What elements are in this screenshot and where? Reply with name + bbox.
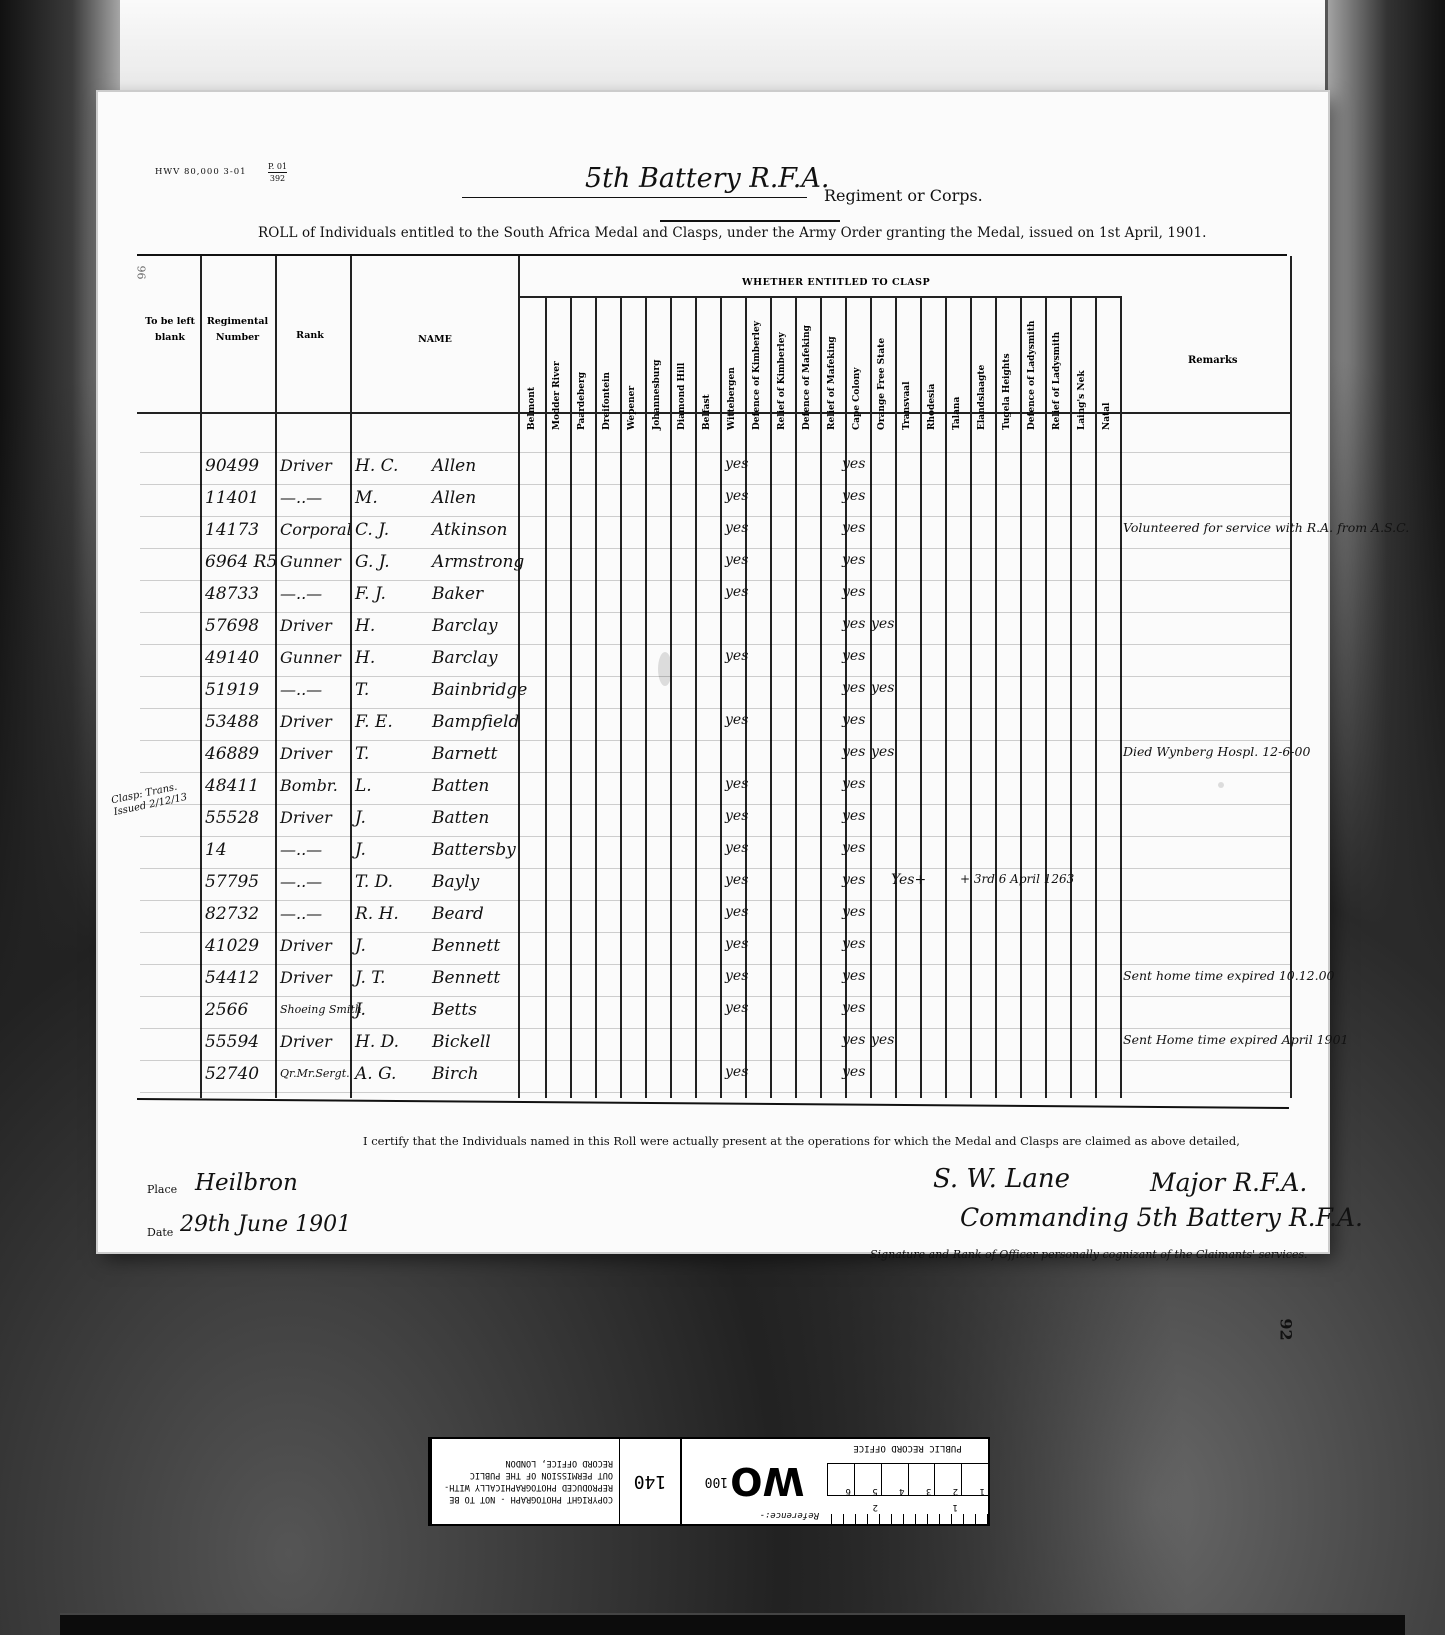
regimental-number: 54412: [205, 968, 259, 988]
clasp-wittebergen-mark: yes: [725, 552, 748, 568]
clasp-wittebergen-mark: yes: [725, 648, 748, 664]
surname: Atkinson: [432, 520, 507, 540]
clasp-orange-free-state-mark: yes: [871, 744, 894, 760]
clasp-wittebergen-mark: yes: [725, 840, 748, 856]
clasp-cape-colony-mark: yes: [842, 808, 865, 824]
initials: H. D.: [355, 1032, 399, 1052]
surname: Armstrong: [432, 552, 524, 572]
clasp-orange-free-state-mark: yes: [871, 616, 894, 632]
clasp-orange-free-state-mark: yes: [871, 1032, 894, 1048]
regimental-number: 53488: [205, 712, 259, 732]
clasp-header: Natal: [1095, 296, 1119, 432]
initials: J.: [355, 1000, 366, 1020]
header-remarks: Remarks: [1188, 355, 1238, 366]
initials: T.: [355, 680, 369, 700]
officer-signature: S. W. Lane: [933, 1164, 1070, 1194]
initials: C. J.: [355, 520, 389, 540]
rank: Driver: [280, 456, 332, 476]
clasp-wittebergen-mark: yes: [725, 584, 748, 600]
initials: F. E.: [355, 712, 393, 732]
surname: Battersby: [432, 840, 516, 860]
surname: Barclay: [432, 616, 497, 636]
clasp-header: Relief of Mafeking: [820, 296, 844, 432]
rank: —..—: [280, 840, 322, 860]
initials: F. J.: [355, 584, 386, 604]
folio-number: 92: [1277, 1318, 1296, 1340]
clasp-wittebergen-mark: yes: [725, 936, 748, 952]
regimental-number: 48733: [205, 584, 259, 604]
clasp-wittebergen-mark: yes: [725, 488, 748, 504]
surname: Barnett: [432, 744, 497, 764]
clasp-header: Defence of Kimberley: [745, 296, 769, 432]
folded-page-flap: [120, 0, 1328, 96]
surname: Batten: [432, 808, 489, 828]
regimental-number: 41029: [205, 936, 259, 956]
surname: Bayly: [432, 872, 479, 892]
rank: Driver: [280, 744, 332, 764]
initials: H.: [355, 616, 375, 636]
unit-handwritten: 5th Battery R.F.A.: [585, 163, 829, 194]
clasp-header: Cape Colony: [845, 296, 869, 432]
rank: Driver: [280, 808, 332, 828]
clasp-cape-colony-mark: yes: [842, 680, 865, 696]
surname: Beard: [432, 904, 484, 924]
rank: Gunner: [280, 648, 341, 668]
initials: G. J.: [355, 552, 390, 572]
clasp-header: Talana: [945, 296, 969, 432]
regimental-number: 48411: [205, 776, 259, 796]
place-value: Heilbron: [195, 1170, 298, 1196]
clasp-cape-colony-mark: yes: [842, 776, 865, 792]
clasp-header: Tugela Heights: [995, 296, 1019, 432]
clasp-cape-colony-mark: yes: [842, 616, 865, 632]
surname: Allen: [432, 456, 476, 476]
clasp-wittebergen-mark: yes: [725, 968, 748, 984]
rank: Driver: [280, 968, 332, 988]
regimental-number: 90499: [205, 456, 259, 476]
clasp-wittebergen-mark: yes: [725, 808, 748, 824]
unit-rule: [660, 220, 840, 222]
header-clasp-group: WHETHER ENTITLED TO CLASP: [742, 277, 930, 288]
initials: A. G.: [355, 1064, 396, 1084]
surname: Bickell: [432, 1032, 491, 1052]
initials: J.: [355, 936, 366, 956]
regimental-number: 14173: [205, 520, 259, 540]
clasp-cape-colony-mark: yes: [842, 904, 865, 920]
clasp-cape-colony-mark: yes: [842, 872, 865, 888]
initials: J.: [355, 840, 366, 860]
regimental-number: 6964 R5: [205, 552, 277, 572]
surname: Birch: [432, 1064, 479, 1084]
remark: Volunteered for service with R.A. from A…: [1123, 520, 1409, 535]
clasp-cape-colony-mark: yes: [842, 552, 865, 568]
surname: Bampfield: [432, 712, 519, 732]
clasp-cape-colony-mark: yes: [842, 456, 865, 472]
rank: Driver: [280, 936, 332, 956]
certification-text: I certify that the Individuals named in …: [363, 1134, 1240, 1148]
surname: Batten: [432, 776, 489, 796]
clasp-cape-colony-mark: yes: [842, 1064, 865, 1080]
clasp-cape-colony-mark: yes: [842, 1000, 865, 1016]
unit-underline: [462, 197, 807, 198]
clasp-wittebergen-mark: yes: [725, 712, 748, 728]
rank: Shoeing Smith: [280, 1000, 362, 1020]
regiment-label: Regiment or Corps.: [824, 186, 983, 205]
regimental-number: 14: [205, 840, 227, 860]
form-code: HWV 80,000 3-01: [155, 167, 247, 177]
clasp-header: Belmont: [520, 296, 544, 432]
initials: T. D.: [355, 872, 393, 892]
initials: J. T.: [355, 968, 386, 988]
clasp-cape-colony-mark: yes: [842, 584, 865, 600]
rank: Driver: [280, 1032, 332, 1052]
clasp-cape-colony-mark: yes: [842, 488, 865, 504]
clasp-cape-colony-mark: yes: [842, 840, 865, 856]
clasp-cape-colony-mark: yes: [842, 712, 865, 728]
regimental-number: 57795: [205, 872, 259, 892]
regimental-number: 51919: [205, 680, 259, 700]
clasp-wittebergen-mark: yes: [725, 904, 748, 920]
copyright-notice: COPYRIGHT PHOTOGRAPH - NOT TO BE REPRODU…: [430, 1439, 619, 1524]
date-label: Date: [147, 1226, 173, 1239]
clasp-header: Modder River: [545, 296, 569, 432]
clasp-header: Relief of Kimberley: [770, 296, 794, 432]
archive-reference-card: COPYRIGHT PHOTOGRAPH - NOT TO BE REPRODU…: [428, 1437, 990, 1526]
initials: T.: [355, 744, 369, 764]
clasp-cape-colony-mark: yes: [842, 936, 865, 952]
remark: Died Wynberg Hospl. 12-6-00: [1123, 744, 1310, 759]
clasp-header: Johannesburg: [645, 296, 669, 432]
regimental-number: 52740: [205, 1064, 259, 1084]
regimental-number: 82732: [205, 904, 259, 924]
clasp-wittebergen-mark: yes: [725, 520, 748, 536]
clasp-wittebergen-mark: yes: [725, 1064, 748, 1080]
clasp-header: Wittebergen: [720, 296, 744, 432]
clasp-header: Rhodesia: [920, 296, 944, 432]
header-rank: Rank: [275, 328, 345, 344]
rank: Qr.Mr.Sergt.: [280, 1064, 350, 1084]
initials: R. H.: [355, 904, 399, 924]
regimental-number: 57698: [205, 616, 259, 636]
clasp-cape-colony-mark: yes: [842, 520, 865, 536]
clasp-header: Dreifontein: [595, 296, 619, 432]
rank: —..—: [280, 904, 322, 924]
remark: Sent Home time expired April 1901: [1123, 1032, 1348, 1047]
regimental-number: 2566: [205, 1000, 248, 1020]
clasp-cape-colony-mark: yes: [842, 1032, 865, 1048]
clasp-header: Laing's Nek: [1070, 296, 1094, 432]
initials: H. C.: [355, 456, 398, 476]
cm-scale: 1 2 3 4 5 6: [827, 1463, 988, 1496]
rank: Bombr.: [280, 776, 338, 796]
rank: Corporal: [280, 520, 352, 540]
officer-command: Commanding 5th Battery R.F.A.: [960, 1203, 1363, 1232]
film-edge: [60, 1613, 1405, 1635]
clasp-header: Belfast: [695, 296, 719, 432]
rank: —..—: [280, 584, 322, 604]
surname: Betts: [432, 1000, 477, 1020]
surname: Bennett: [432, 936, 500, 956]
clasp-annotation: + 3rd 6 April 1263: [960, 872, 1074, 886]
regimental-number: 11401: [205, 488, 259, 508]
surname: Bainbridge: [432, 680, 527, 700]
clasp-header: Orange Free State: [870, 296, 894, 432]
initials: M.: [355, 488, 378, 508]
clasp-header: Paardeberg: [570, 296, 594, 432]
regimental-number: 49140: [205, 648, 259, 668]
table-top-rule: [137, 254, 1287, 256]
margin-mark: 96: [135, 266, 148, 280]
header-name: NAME: [350, 332, 520, 348]
surname: Barclay: [432, 648, 497, 668]
header-regimental-number: Regimental Number: [205, 314, 270, 346]
clasp-cape-colony-mark: yes: [842, 968, 865, 984]
clasp-header: Relief of Ladysmith: [1045, 296, 1069, 432]
clasp-wittebergen-mark: yes: [725, 776, 748, 792]
officer-rank: Major R.F.A.: [1150, 1168, 1307, 1197]
initials: L.: [355, 776, 372, 796]
rank: —..—: [280, 488, 322, 508]
inch-ticks: [827, 1495, 988, 1524]
rank: Gunner: [280, 552, 341, 572]
form-fraction: P. 01 392: [268, 161, 287, 184]
initials: H.: [355, 648, 375, 668]
initials: J.: [355, 808, 366, 828]
date-value: 29th June 1901: [180, 1212, 351, 1237]
clasp-header: Defence of Mafeking: [795, 296, 819, 432]
clasp-orange-free-state-mark: yes: [871, 680, 894, 696]
clasp-cape-colony-mark: yes: [842, 744, 865, 760]
measurement-scale: 1 2 1 2 3 4 5 6 PUBLIC RECORD OFFICE: [827, 1439, 988, 1524]
clasp-header: Elandslaagte: [970, 296, 994, 432]
clasp-header: Defence of Ladysmith: [1020, 296, 1044, 432]
rank: —..—: [280, 872, 322, 892]
clasp-header: Diamond Hill: [670, 296, 694, 432]
clasp-transvaal-mark: Yes+: [891, 872, 926, 888]
header-blank: To be left blank: [140, 314, 200, 346]
clasp-wittebergen-mark: yes: [725, 1000, 748, 1016]
rank: Driver: [280, 616, 332, 636]
signature-caption: Signature and Rank of Officer personally…: [870, 1248, 1308, 1261]
regimental-number: 46889: [205, 744, 259, 764]
clasp-wittebergen-mark: yes: [725, 872, 748, 888]
surname: Bennett: [432, 968, 500, 988]
remark: Sent home time expired 10.12.00: [1123, 968, 1335, 983]
series-reference: Reference:- WO 100: [680, 1439, 827, 1524]
regimental-number: 55528: [205, 808, 259, 828]
roll-title: ROLL of Individuals entitled to the Sout…: [258, 225, 1207, 241]
clasp-cape-colony-mark: yes: [842, 648, 865, 664]
rank: —..—: [280, 680, 322, 700]
clasp-header: Wepener: [620, 296, 644, 432]
regimental-number: 55594: [205, 1032, 259, 1052]
rank: Driver: [280, 712, 332, 732]
clasp-wittebergen-mark: yes: [725, 456, 748, 472]
piece-number: 140: [619, 1439, 680, 1524]
surname: Allen: [432, 488, 476, 508]
place-label: Place: [147, 1183, 177, 1196]
surname: Baker: [432, 584, 483, 604]
clasp-header: Transvaal: [895, 296, 919, 432]
